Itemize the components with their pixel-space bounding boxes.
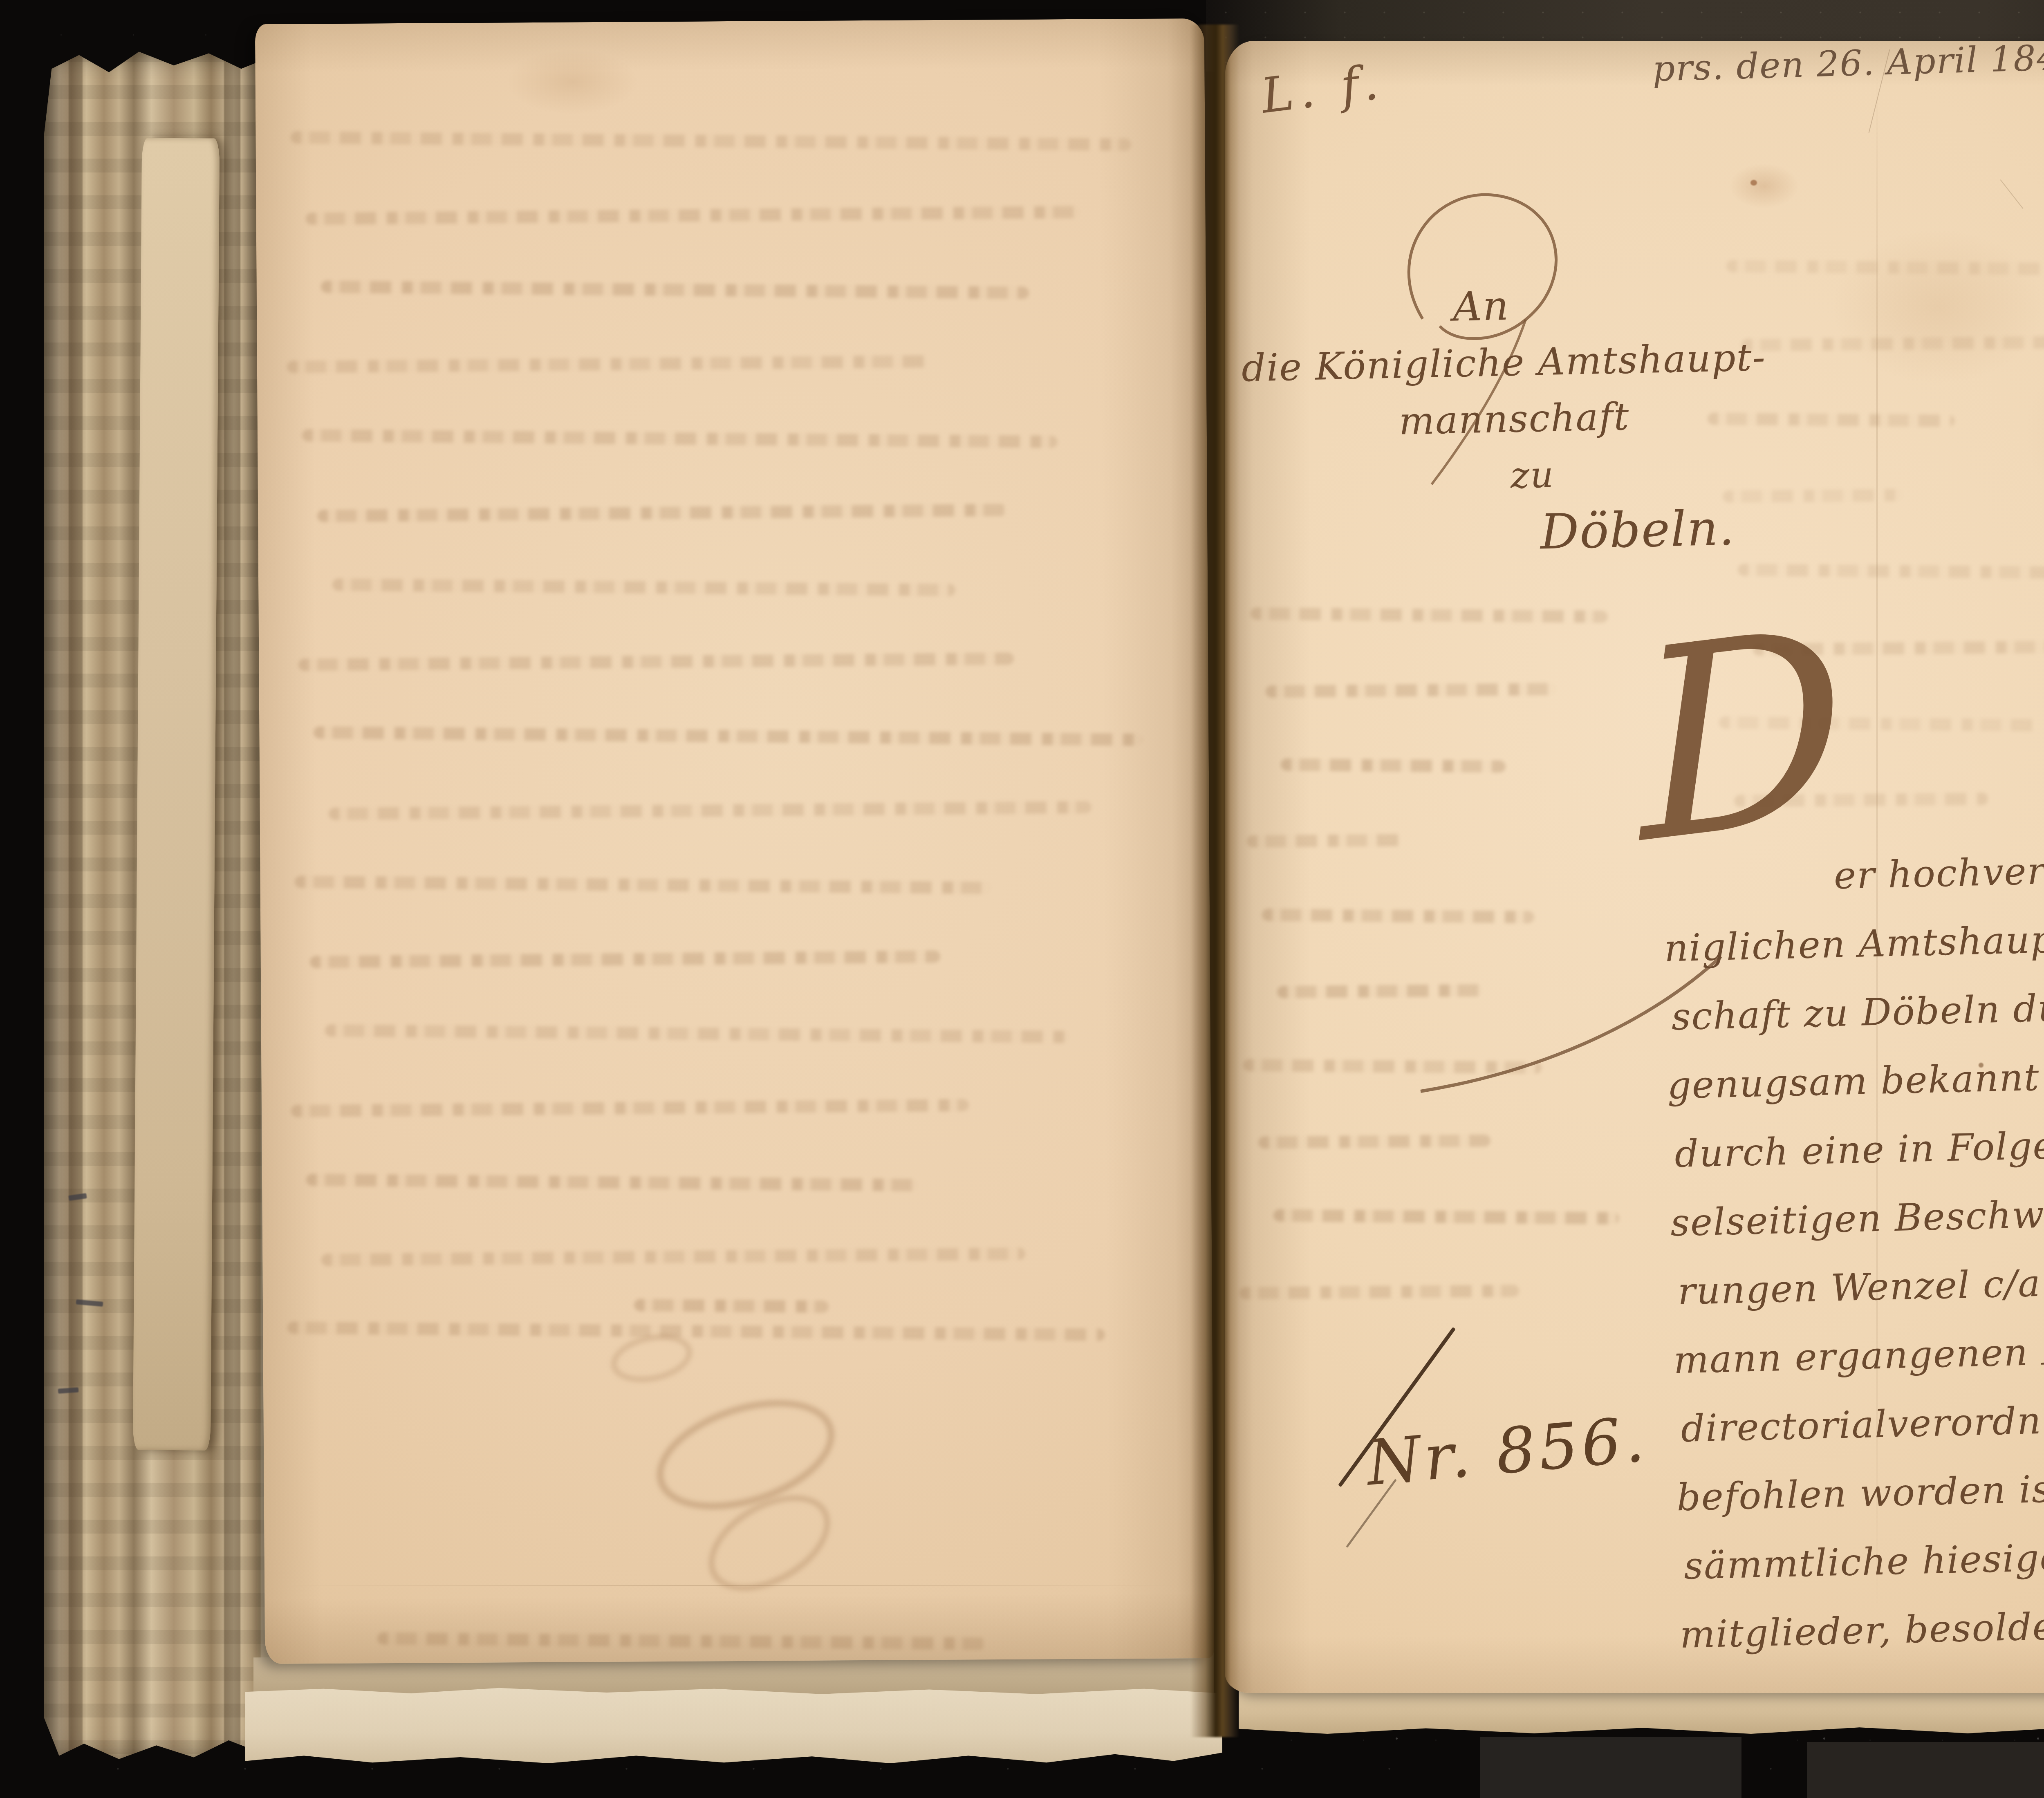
scanner-bed-patch: [1480, 1737, 1741, 1798]
under-sheet-deckle-strip: [245, 1687, 1222, 1763]
protruding-page-sliver: [133, 138, 220, 1450]
scanner-bed-patch: [1807, 1742, 2044, 1798]
left-leaf-edge-stack: [44, 48, 294, 1761]
address-line: An: [1452, 281, 1765, 327]
address-line: zu: [1510, 452, 1768, 494]
leaf-ridge: [69, 48, 83, 1761]
letter-body-text: er hochverehrten Kö- niglichen Amtshaupt…: [1662, 832, 2044, 1670]
address-line: die Königliche Amtshaupt-: [1241, 339, 1766, 387]
drop-cap-initial: D: [1632, 612, 1853, 860]
binding-gutter: [1190, 25, 1239, 1737]
paper-fold-crease: [286, 1585, 1177, 1586]
leaf-ridge: [224, 48, 240, 1761]
address-line: Döbeln.: [1540, 503, 1770, 556]
letter-line: schaft zu Döbeln dürfte: [1671, 969, 2044, 1052]
left-page-verso: [255, 18, 1214, 1664]
letter-line: durch eine in Folge der wech-: [1674, 1106, 2044, 1189]
letter-line: er hochverehrten Kö-: [1667, 832, 2044, 914]
archival-book-scan: L. f. prs. den 26. April 1843. 155. An d…: [0, 0, 2044, 1798]
address-block: An die Königliche Amtshaupt- mannschaft …: [1240, 281, 1770, 562]
letter-line: rungen Wenzel c/a Ber-: [1677, 1244, 2044, 1326]
address-line: mannschaft: [1399, 395, 1767, 441]
letter-line: directorialverordnung an-: [1680, 1381, 2044, 1464]
